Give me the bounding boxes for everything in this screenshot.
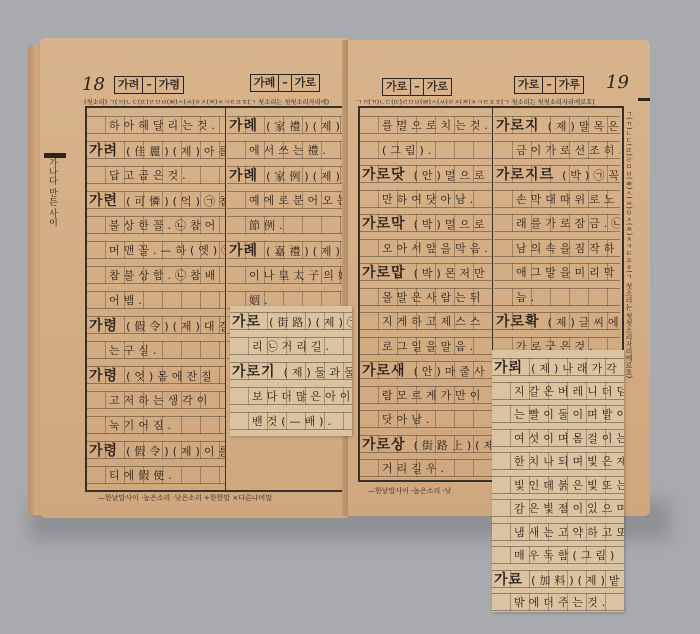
definition-text: (假令)(제)대걸 — [126, 320, 225, 333]
tab-marker — [638, 98, 650, 101]
right-footer-legend: —한낱말사이 ·높은소리 ·낮 — [368, 486, 452, 496]
left-page-number: 18 — [82, 74, 105, 95]
dictionary-entry-continuation-row: 에서쓰는禮. — [227, 137, 347, 163]
dictionary-entry-continuation-row: 로그일을말음. — [360, 333, 492, 359]
definition-text: 답고곱은것. — [109, 169, 190, 182]
dictionary-entry-continuation-row: 남의속을짐작하 — [494, 235, 620, 261]
range-start: 가로 — [383, 79, 411, 95]
definition-text: 지게하고제스스 — [382, 315, 484, 328]
dictionary-entry-continuation-row: 눅기어짐. — [87, 412, 225, 438]
range-end: 가령 — [156, 77, 183, 93]
definition-text: 손막대따위로노 — [516, 193, 618, 206]
dictionary-entry-continuation-row: 매우독함(그림) — [492, 542, 624, 568]
definition-text: 늠. — [516, 291, 538, 304]
definition-text: 불상한꼴.㉡참어 — [109, 219, 219, 232]
dictionary-entry-continuation-row: (그림). — [360, 137, 492, 163]
dictionary-entry-headword-row: 가로(街路)(제)㉠거 — [230, 308, 352, 334]
headword: 가로 — [232, 314, 261, 330]
dictionary-entry-continuation-row: 오아서앞을막음. — [360, 235, 492, 261]
definition-text: 여섯이며몸걸이는 — [514, 432, 624, 445]
definition-text: 고저하는생각이 — [109, 394, 211, 407]
headword: 가로새 — [362, 363, 406, 379]
dictionary-entry-headword-row: 가로맙(박)몬저만 — [360, 259, 492, 285]
dictionary-entry-headword-row: 가뢰(제)나래가각 — [492, 354, 624, 380]
dictionary-entry-continuation-row: 손막대따위로노 — [494, 186, 620, 212]
dictionary-entry-continuation-row: 하아헤달리는것. — [87, 112, 225, 138]
definition-text: 거리길우. — [382, 462, 448, 475]
column-divider — [225, 108, 226, 490]
headword: 가령 — [89, 368, 118, 384]
headword: 가뢰 — [494, 360, 523, 376]
headword: 가령 — [89, 318, 118, 334]
dictionary-entry-continuation-row: 밴것(—배). — [230, 408, 352, 434]
dictionary-entry-continuation-row: 답고곱은것. — [87, 162, 225, 188]
definition-text: 리㉡거리길. — [252, 340, 333, 353]
dictionary-entry-continuation-row: 금이가로선조히. — [494, 137, 620, 163]
dictionary-entry-headword-row: 가례(嘉禮)(제)임검 — [227, 237, 347, 263]
left-edge-label: 가나다 만든 사이 — [46, 158, 59, 227]
tab-marker — [44, 153, 66, 158]
range-start: 가려 — [115, 77, 143, 93]
dictionary-entry-continuation-row: 節例. — [227, 212, 347, 238]
definition-text: 오아서앞을막음. — [382, 242, 492, 255]
dictionary-entry-continuation-row: 람모르게가만이 — [360, 382, 492, 408]
definition-text: 냄새는고약하고또 — [514, 526, 624, 539]
definition-text: 보다더많은아이 — [252, 390, 352, 403]
definition-text: (박)㉠꼭 — [562, 169, 620, 182]
left-consonant-legend: (첫소리) ㄱ(ㄲ)ㄴㄷ(ㄸ)ㄹㅁㅂ(ㅃ)ㅅ(ㅆ)ㅇㅈ(ㅉ)ㅊㅋㅌㅍㅎ(ㄱ 첫소… — [84, 97, 329, 106]
definition-text: (안)멀으로 — [414, 169, 489, 182]
dictionary-entry-headword-row: 가로상(街路上)(제) — [360, 431, 492, 457]
definition-text: 빛인데붉은빛또는 — [514, 479, 624, 492]
dictionary-entry-continuation-row: 는구실. — [87, 337, 225, 363]
dictionary-entry-continuation-row: 냄새는고약하고또 — [492, 519, 624, 545]
left-header-range-b: 가례 – 가로 — [250, 74, 320, 92]
dictionary-entry-continuation-row: 티에假使. — [87, 462, 225, 488]
dictionary-entry-continuation-row: 보다더많은아이 — [230, 383, 352, 409]
definition-text: 밴것(—배). — [252, 415, 335, 428]
definition-text: 는구실. — [109, 344, 160, 357]
dictionary-entry-continuation-row: 지게하고제스스 — [360, 308, 492, 334]
definition-text: 한치나되며빛은재 — [514, 455, 624, 468]
range-end: 가로 — [292, 75, 319, 91]
dictionary-entry-continuation-row: 예에로분어오는 — [227, 187, 347, 213]
dictionary-entry-headword-row: 가로막(박)멀으로 — [360, 210, 492, 236]
definition-text: 로그일을말음. — [382, 340, 477, 353]
definition-text: 눅기어짐. — [109, 419, 175, 432]
definition-text: (嘉禮)(제)임검 — [266, 245, 347, 258]
right-consonant-legend: ㄱㄲ(ㄲ)ㄴㄷ(ㄸ)ㄹㅁㅂ(ㅃ)ㅅ(ㅆ)ㅇㅈ(ㅉ)ㅊㅋㅌㅍㅎ(ㄱ 첫소리는 첫첫… — [356, 97, 594, 106]
dictionary-entry-headword-row: 가례(家禮)(제)집안 — [227, 112, 347, 138]
headword: 가로지르 — [496, 167, 554, 183]
dictionary-entry-headword-row: 가령(假令)(제)대걸 — [87, 312, 225, 338]
definition-text: 예에로분어오는 — [249, 194, 347, 207]
range-start: 가로 — [515, 77, 543, 93]
definition-text: (假令)(제)이를 — [126, 445, 225, 458]
dictionary-entry-headword-row: 가로확(제)글씨에 — [494, 308, 620, 334]
dictionary-entry-continuation-row: 몰말은사람는뒤 — [360, 284, 492, 310]
dictionary-entry-headword-row: 가련(可憐)(억)㉠참 — [87, 187, 225, 213]
right-page-number: 19 — [606, 72, 629, 93]
definition-text: 어뱀. — [109, 294, 146, 307]
dictionary-entry-headword-row: 가령(假令)(제)이를 — [87, 437, 225, 463]
left-header-range-a: 가려 – 가령 — [114, 76, 184, 94]
definition-text: 감은빛점이있으며 — [514, 502, 624, 515]
definition-text: 래를가로잠금.㉡ — [516, 217, 620, 230]
left-pasted-slip: 가로(街路)(제)㉠거리㉡거리길.가로기(제)둘과둘보다더많은아이밴것(—배). — [230, 306, 352, 436]
definition-text: (제)나래가각 — [531, 362, 621, 375]
dictionary-entry-headword-row: 가령(엇)몸에잔질 — [87, 362, 225, 388]
dictionary-entry-continuation-row: 거리길우. — [360, 455, 492, 481]
definition-text: (家例)(제)그게 — [266, 170, 347, 183]
definition-text: (박)몬저만 — [414, 267, 489, 280]
definition-text: 지갈온버레니더덤 — [514, 385, 624, 398]
range-dash: – — [143, 77, 156, 93]
definition-text: 節例. — [249, 219, 287, 232]
definition-text: (佳麗)(제)아름 — [126, 145, 225, 158]
dictionary-entry-headword-row: 가례(家例)(제)그게 — [227, 162, 347, 188]
left-footer-legend: —한낱말사이 ·높은소리 ·낮은소리 +한한말 ×다른나비말 — [98, 493, 272, 503]
definition-text: 티에假使. — [109, 469, 176, 482]
definition-text: (제)둘과둘 — [284, 366, 352, 379]
headword: 가례 — [229, 243, 258, 259]
definition-text: (街路)(제)㉠거 — [269, 316, 352, 329]
headword: 가로기 — [232, 364, 276, 380]
definition-text: 하아헤달리는것. — [109, 119, 219, 132]
definition-text: (家禮)(제)집안 — [266, 120, 347, 133]
headword: 가로확 — [496, 314, 540, 330]
definition-text: (엇)몸에잔질 — [126, 370, 216, 383]
headword: 가례 — [229, 118, 258, 134]
definition-text: (街路上)(제) — [414, 439, 492, 452]
dictionary-entry-headword-row: 가로지르(박)㉠꼭 — [494, 161, 620, 187]
headword: 가련 — [89, 193, 118, 209]
dictionary-entry-continuation-row: 빛인데붉은빛또는 — [492, 472, 624, 498]
dictionary-entry-headword-row: 가로기(제)둘과둘 — [230, 358, 352, 384]
dictionary-entry-headword-row: 가로지(제)말목은 — [494, 112, 620, 138]
definition-text: 금이가로선조히. — [516, 144, 620, 157]
definition-text: (박)멀으로 — [414, 218, 489, 231]
dictionary-entry-continuation-row: 늠. — [494, 284, 620, 310]
definition-text: 를멀으로치는것. — [382, 119, 492, 132]
dictionary-entry-continuation-row: 여섯이며몸걸이는 — [492, 425, 624, 451]
range-dash: – — [279, 75, 292, 91]
dictionary-entry-continuation-row: 만하여닷아남. — [360, 186, 492, 212]
headword: 가로맙 — [362, 265, 406, 281]
definition-text: 애그말을미리막 — [516, 266, 618, 279]
dictionary-entry-headword-row: 가로닷(안)멀으로 — [360, 161, 492, 187]
definition-text: (안)마줄사 — [414, 365, 489, 378]
headword: 가로상 — [362, 437, 406, 453]
left-page: 18 가려 – 가령 가례 – 가로 (첫소리) ㄱ(ㄲ)ㄴㄷ(ㄸ)ㄹㅁㅂ(ㅃ)… — [40, 38, 348, 518]
right-pasted-slip: 가뢰(제)나래가각지갈온버레니더덤는빨이둘이며발이여섯이며몸걸이는한치나되며빛은… — [492, 350, 624, 612]
dictionary-entry-continuation-row: 래를가로잠금.㉡ — [494, 210, 620, 236]
headword: 가례 — [229, 168, 258, 184]
definition-text: 몰말은사람는뒤 — [382, 291, 484, 304]
dictionary-entry-continuation-row: 애그말을미리막 — [494, 259, 620, 285]
definition-text: 매우독함(그림) — [514, 549, 618, 562]
definition-text: 머맨꼴.—하(엣)㉠ — [109, 244, 225, 257]
definition-text: 람모르게가만이 — [382, 389, 484, 402]
range-end: 가루 — [556, 77, 583, 93]
definition-text: 닷아남. — [382, 413, 433, 426]
definition-text: 밖에더주는것. — [514, 596, 609, 609]
definition-text: 만하여닷아남. — [382, 193, 477, 206]
dictionary-entry-headword-row: 가로새(안)마줄사 — [360, 357, 492, 383]
dictionary-entry-continuation-row: 참불상함.㉡참배 — [87, 262, 225, 288]
headword: 가로막 — [362, 216, 406, 232]
headword: 가로지 — [496, 118, 540, 134]
dictionary-entry-continuation-row: 머맨꼴.—하(엣)㉠ — [87, 237, 225, 263]
range-dash: – — [411, 79, 424, 95]
dictionary-entry-continuation-row: 고저하는생각이 — [87, 387, 225, 413]
definition-text: (제)말목은 — [548, 120, 620, 133]
range-dash: – — [543, 77, 556, 93]
dictionary-entry-continuation-row: 밖에더주는것. — [492, 589, 624, 615]
definition-text: 참불상함.㉡참배 — [109, 269, 219, 282]
dictionary-entry-continuation-row: 어뱀. — [87, 287, 225, 313]
headword: 가려 — [89, 143, 118, 159]
dictionary-entry-continuation-row: 불상한꼴.㉡참어 — [87, 212, 225, 238]
definition-text: (加料)(제)밭料 — [531, 574, 624, 587]
dictionary-entry-continuation-row: 를멀으로치는것. — [360, 112, 492, 138]
dictionary-entry-headword-row: 가료(加料)(제)밭料 — [492, 566, 624, 592]
dictionary-entry-continuation-row: 감은빛점이있으며 — [492, 495, 624, 521]
dictionary-entry-continuation-row: 이나皇太子의婚 — [227, 262, 347, 288]
range-end: 가로 — [424, 79, 451, 95]
definition-text: 에서쓰는禮. — [249, 144, 330, 157]
definition-text: 는빨이둘이며발이 — [514, 408, 624, 421]
definition-text: (그림). — [382, 144, 435, 157]
dictionary-entry-continuation-row: 한치나되며빛은재 — [492, 448, 624, 474]
headword: 가료 — [494, 572, 523, 588]
dictionary-entry-continuation-row: 닷아남. — [360, 406, 492, 432]
right-edge-legend: ㄱ(ㄲ)ㄴㄷ(ㄸ)ㄹㅁㅂ(ㅃ)ㅅ(ㅆ)ㅇㅈ(ㅉ)ㅊㅋㅌㅍㅎ(ㄱ 첫소리는 첫첫소… — [624, 110, 634, 470]
definition-text: (제)글씨에 — [548, 316, 620, 329]
dictionary-entry-headword-row: 가려(佳麗)(제)아름 — [87, 137, 225, 163]
dictionary-entry-continuation-row: 리㉡거리길. — [230, 333, 352, 359]
definition-text: 남의속을짐작하 — [516, 242, 618, 255]
headword: 가령 — [89, 443, 118, 459]
right-header-range-a: 가로 – 가로 — [382, 78, 452, 96]
dictionary-entry-continuation-row: 는빨이둘이며발이 — [492, 401, 624, 427]
definition-text: (可憐)(억)㉠참 — [126, 195, 225, 208]
dictionary-entry-continuation-row: 지갈온버레니더덤 — [492, 378, 624, 404]
definition-text: 이나皇太子의婚 — [249, 269, 347, 282]
right-header-range-b: 가로 – 가루 — [514, 76, 584, 94]
headword: 가로닷 — [362, 167, 406, 183]
range-start: 가례 — [251, 75, 279, 91]
